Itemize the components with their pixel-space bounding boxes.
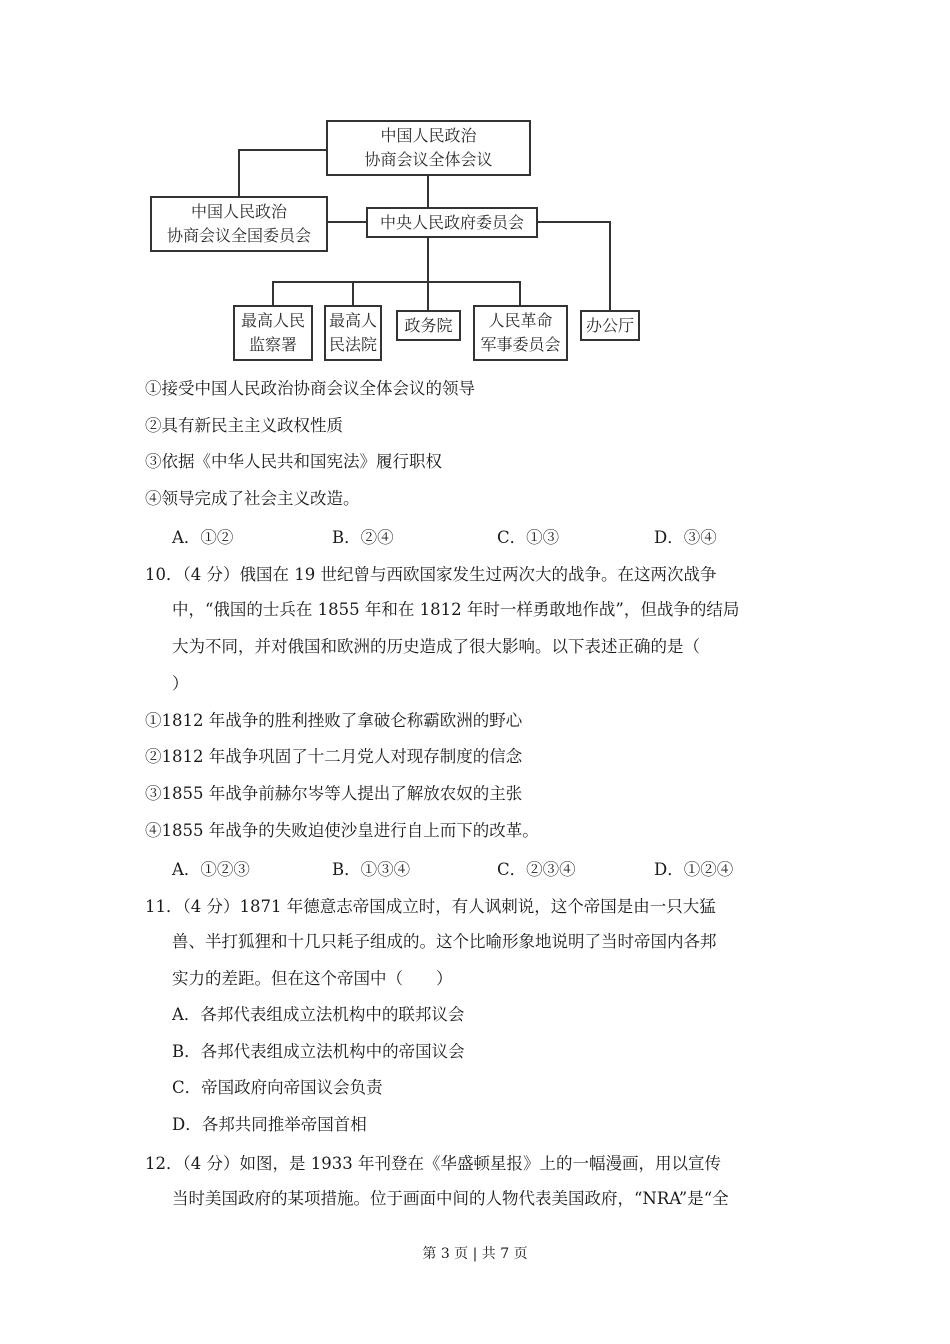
org-chart-diagram: 中国人民政治 协商会议全体会议 中国人民政治 协商会议全国委员会 中央人民政府委… (0, 0, 950, 370)
option-c[interactable]: C．帝国政府向帝国议会负责 (172, 1076, 383, 1100)
supreme-court-box: 最高人 民法院 (324, 305, 382, 361)
q9-statement: ①接受中国人民政治协商会议全体会议的领导 (145, 377, 475, 401)
connector-line (519, 281, 521, 306)
option-b[interactable]: B．①③④ (332, 856, 410, 880)
box-label: 最高人民 (241, 309, 305, 333)
option-d[interactable]: D．①②④ (654, 856, 733, 880)
connector-line (272, 281, 520, 283)
box-label: 监察署 (249, 333, 297, 357)
q10-stem-line: 大为不同，并对俄国和欧洲的历史造成了很大影响。以下表述正确的是（ (172, 635, 700, 659)
connector-line (238, 149, 327, 151)
option-c[interactable]: C．①③ (497, 524, 559, 548)
q12-stem-line: 12．（4 分）如图，是 1933 年刊登在《华盛顿星报》上的一幅漫画，用以宣传 (145, 1150, 721, 1174)
q10-statement: ④1855 年战争的失败迫使沙皇进行自上而下的改革。 (145, 819, 539, 843)
military-commission-box: 人民革命 军事委员会 (473, 305, 568, 361)
q10-stem-line: 10．（4 分）俄国在 19 世纪曾与西欧国家发生过两次大的战争。在这两次战争 (145, 561, 716, 585)
box-label: 人民革命 (488, 309, 552, 333)
q9-statement: ④领导完成了社会主义改造。 (145, 487, 360, 511)
q10-stem-line: ） (172, 672, 189, 696)
box-label: 中国人民政治 (191, 200, 287, 224)
q12-stem-line: 当时美国政府的某项措施。位于画面中间的人物代表美国政府，“NRA”是“全 (172, 1187, 729, 1211)
q11-stem-line: 11．（4 分）1871 年德意志帝国成立时，有人讽刺说，这个帝国是由一只大猛 (145, 893, 716, 917)
q10-statement: ②1812 年战争巩固了十二月党人对现存制度的信念 (145, 745, 522, 769)
general-office-box: 办公厅 (580, 310, 640, 341)
connector-line (537, 221, 610, 223)
q10-statement: ③1855 年战争前赫尔岑等人提出了解放农奴的主张 (145, 782, 522, 806)
connector-line (609, 221, 611, 311)
central-government-council-box: 中央人民政府委员会 (366, 207, 538, 238)
box-label: 协商会议全体会议 (364, 148, 492, 172)
q11-stem-line: 兽、半打狐狸和十几只耗子组成的。这个比喻形象地说明了当时帝国内各邦 (172, 930, 717, 954)
q9-statement: ②具有新民主主义政权性质 (145, 414, 343, 438)
box-label: 中央人民政府委员会 (380, 211, 524, 235)
box-label: 民法院 (329, 333, 377, 357)
procuratorate-box: 最高人民 监察署 (233, 305, 313, 361)
box-label: 办公厅 (586, 314, 634, 338)
option-a[interactable]: A．①② (172, 524, 233, 548)
q10-statement: ①1812 年战争的胜利挫败了拿破仑称霸欧洲的野心 (145, 709, 522, 733)
option-d[interactable]: D．③④ (654, 524, 717, 548)
q10-stem-line: 中，“俄国的士兵在 1855 年和在 1812 年时一样勇敢地作战”，但战争的结… (172, 598, 739, 622)
box-label: 最高人 (329, 309, 377, 333)
connector-line (272, 281, 274, 306)
state-council-box: 政务院 (396, 310, 461, 341)
option-a[interactable]: A．各邦代表组成立法机构中的联邦议会 (172, 1003, 464, 1027)
cppcc-national-committee-box: 中国人民政治 协商会议全国委员会 (150, 196, 328, 252)
page-footer: 第 3 页 | 共 7 页 (0, 1243, 950, 1263)
cppcc-plenary-box: 中国人民政治 协商会议全体会议 (326, 120, 531, 176)
connector-line (238, 149, 240, 197)
option-b[interactable]: B．②④ (332, 524, 394, 548)
box-label: 协商会议全国委员会 (167, 224, 311, 248)
box-label: 中国人民政治 (380, 124, 476, 148)
box-label: 军事委员会 (480, 333, 560, 357)
option-d[interactable]: D．各邦共同推举帝国首相 (172, 1113, 367, 1137)
box-label: 政务院 (404, 314, 452, 338)
option-a[interactable]: A．①②③ (172, 856, 250, 880)
q11-stem-line: 实力的差距。但在这个帝国中（ ） (172, 967, 453, 991)
option-b[interactable]: B．各邦代表组成立法机构中的帝国议会 (172, 1040, 465, 1064)
connector-line (352, 281, 354, 306)
option-c[interactable]: C．②③④ (497, 856, 576, 880)
connector-line (427, 237, 429, 311)
connector-line (427, 175, 429, 208)
q9-statement: ③依据《中华人民共和国宪法》履行职权 (145, 450, 442, 474)
connector-line (327, 221, 367, 223)
